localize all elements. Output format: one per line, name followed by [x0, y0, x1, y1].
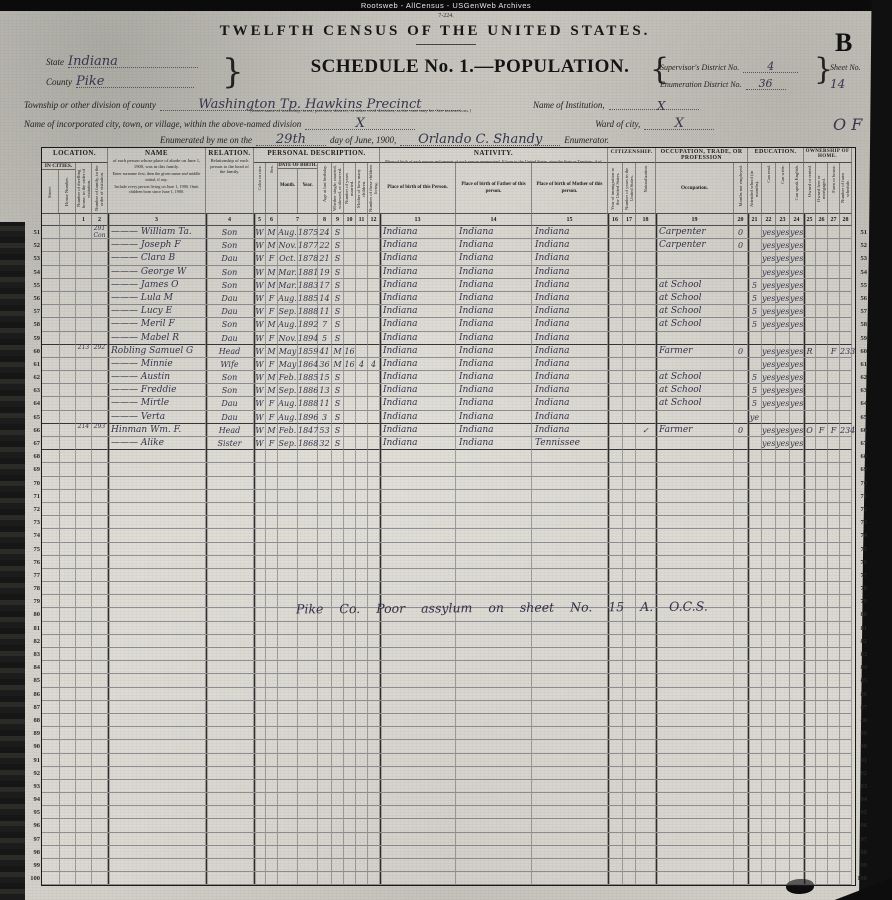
cell-marital — [332, 529, 344, 542]
cell-english — [790, 648, 804, 661]
cell-relation — [206, 477, 254, 490]
row-number: 96 — [853, 819, 867, 832]
cell-color — [254, 477, 266, 490]
cell-children_living — [368, 622, 380, 635]
column-number: 14 — [456, 214, 532, 226]
cell-years_married — [344, 252, 356, 265]
cell-farm_house — [828, 437, 840, 450]
cell-pob_father: Indiana — [456, 384, 532, 397]
cell-dwelling — [76, 371, 92, 384]
cell-farm_house — [828, 819, 840, 832]
cell-relation — [206, 450, 254, 463]
column-number: 5 — [254, 214, 266, 226]
cell-age — [318, 450, 332, 463]
cell-pob: Indiana — [380, 397, 456, 410]
cell-color: W — [254, 424, 266, 437]
row-number: 95 — [26, 806, 40, 819]
cell-mortgage — [816, 371, 828, 384]
row-number: 83 — [853, 648, 867, 661]
col-pob-father: Place of birth of Father of this person. — [456, 163, 532, 214]
cell-farm_house — [828, 648, 840, 661]
cell-sex — [266, 608, 278, 621]
cell-years_married — [344, 239, 356, 252]
cell-english: yes — [790, 437, 804, 450]
cell-house — [60, 767, 76, 780]
county-value: Pike — [76, 74, 104, 89]
cell-year — [298, 674, 318, 687]
cell-owned — [804, 543, 816, 556]
cell-owned — [804, 437, 816, 450]
cell-farm_house — [828, 332, 840, 345]
cell-house — [60, 674, 76, 687]
cell-farm_schedule — [840, 688, 852, 701]
cell-year — [298, 701, 318, 714]
cell-immigration — [608, 859, 623, 872]
cell-mother_children — [356, 450, 368, 463]
cell-pob_mother: Indiana — [532, 358, 608, 371]
cell-years_married — [344, 529, 356, 542]
cell-color — [254, 503, 266, 516]
row-number: 84 — [853, 661, 867, 674]
cell-color — [254, 529, 266, 542]
cell-house — [60, 859, 76, 872]
cell-farm_house — [828, 279, 840, 292]
row-number: 74 — [853, 529, 867, 542]
cell-street — [42, 543, 60, 556]
cell-immigration — [608, 477, 623, 490]
cell-relation — [206, 714, 254, 727]
cell-year: 1864 — [298, 358, 318, 371]
cell-write — [776, 754, 790, 767]
cell-sex: M — [266, 345, 278, 358]
cell-sex — [266, 833, 278, 846]
cell-marital — [332, 780, 344, 793]
cell-year — [298, 688, 318, 701]
cell-month — [278, 833, 298, 846]
cell-months_unemployed — [734, 411, 748, 424]
cell-months_unemployed — [734, 450, 748, 463]
cell-color — [254, 674, 266, 687]
cell-pob — [380, 767, 456, 780]
col-group-citizenship: CITIZENSHIP. — [608, 148, 656, 163]
cell-family: 291 Con — [92, 226, 108, 239]
cell-mother_children — [356, 793, 368, 806]
cell-naturalization — [636, 371, 656, 384]
cell-school: 5 — [748, 384, 762, 397]
cell-years_us — [623, 688, 636, 701]
cell-english — [790, 727, 804, 740]
cell-months_unemployed — [734, 648, 748, 661]
cell-month: Feb. — [278, 371, 298, 384]
cell-occupation — [656, 358, 734, 371]
cell-street — [42, 384, 60, 397]
cell-pob_mother: Indiana — [532, 239, 608, 252]
cell-years_us — [623, 714, 636, 727]
cell-color — [254, 688, 266, 701]
cell-owned — [804, 846, 816, 859]
cell-occupation — [656, 846, 734, 859]
cell-years_us — [623, 543, 636, 556]
col-immigration-year: Year of immigration to the United States… — [608, 163, 623, 214]
cell-immigration — [608, 437, 623, 450]
row-number: 82 — [853, 635, 867, 648]
column-number: 17 — [623, 214, 636, 226]
cell-children_living — [368, 226, 380, 239]
cell-street — [42, 463, 60, 476]
cell-month — [278, 661, 298, 674]
cell-sex: F — [266, 397, 278, 410]
cell-family — [92, 358, 108, 371]
cell-english: yes — [790, 266, 804, 279]
cell-school — [748, 648, 762, 661]
cell-name: ——— James O — [108, 279, 206, 292]
cell-month — [278, 859, 298, 872]
cell-write: yes — [776, 358, 790, 371]
cell-occupation — [656, 859, 734, 872]
cell-children_living — [368, 819, 380, 832]
cell-occupation — [656, 806, 734, 819]
cell-farm_schedule — [840, 582, 852, 595]
cell-years_married — [344, 292, 356, 305]
row-number: 52 — [26, 239, 40, 252]
cell-naturalization — [636, 622, 656, 635]
cell-sex — [266, 582, 278, 595]
cell-owned — [804, 358, 816, 371]
cell-relation — [206, 608, 254, 621]
cell-family — [92, 516, 108, 529]
cell-house — [60, 305, 76, 318]
cell-marital: M — [332, 345, 344, 358]
cell-family — [92, 332, 108, 345]
cell-marital — [332, 582, 344, 595]
cell-name: Robling Samuel G — [108, 345, 206, 358]
cell-write: yes — [776, 424, 790, 437]
cell-years_us — [623, 859, 636, 872]
cell-marital — [332, 635, 344, 648]
cell-family — [92, 450, 108, 463]
col-free-mortgaged: Owned free or mortgaged. — [816, 163, 828, 214]
cell-pob_father: Indiana — [456, 266, 532, 279]
row-number: 58 — [26, 318, 40, 331]
cell-years_us — [623, 727, 636, 740]
cell-dwelling — [76, 556, 92, 569]
cell-house — [60, 503, 76, 516]
cell-years_married — [344, 688, 356, 701]
cell-naturalization — [636, 635, 656, 648]
cell-color — [254, 767, 266, 780]
cell-year — [298, 635, 318, 648]
cell-immigration — [608, 305, 623, 318]
cell-dwelling — [76, 780, 92, 793]
cell-mother_children — [356, 397, 368, 410]
cell-marital: S — [332, 318, 344, 331]
cell-farm_schedule — [840, 437, 852, 450]
cell-occupation — [656, 556, 734, 569]
cell-family — [92, 819, 108, 832]
cell-english: yes — [790, 424, 804, 437]
cell-mortgage: F — [816, 424, 828, 437]
cell-farm_schedule — [840, 714, 852, 727]
schedule-title: SCHEDULE No. 1.—POPULATION. — [290, 56, 650, 78]
cell-months_unemployed — [734, 477, 748, 490]
cell-name — [108, 872, 206, 885]
cell-write: yes — [776, 239, 790, 252]
cell-occupation — [656, 569, 734, 582]
cell-month — [278, 701, 298, 714]
cell-years_us — [623, 833, 636, 846]
cell-months_unemployed — [734, 503, 748, 516]
cell-farm_schedule — [840, 318, 852, 331]
col-can-write: Can write. — [776, 163, 790, 214]
row-number: 77 — [853, 569, 867, 582]
cell-mortgage — [816, 674, 828, 687]
cell-school — [748, 503, 762, 516]
cell-mortgage — [816, 529, 828, 542]
column-number — [60, 214, 76, 226]
cell-years_married — [344, 740, 356, 753]
cell-owned — [804, 872, 816, 885]
cell-immigration — [608, 503, 623, 516]
cell-marital — [332, 714, 344, 727]
cell-children_living — [368, 529, 380, 542]
cell-relation — [206, 490, 254, 503]
cell-name — [108, 648, 206, 661]
cell-month — [278, 477, 298, 490]
cell-pob: Indiana — [380, 226, 456, 239]
col-speak-english: Can speak English. — [790, 163, 804, 214]
cell-color: W — [254, 332, 266, 345]
cell-farm_schedule — [840, 859, 852, 872]
cell-write — [776, 516, 790, 529]
cell-write: yes — [776, 345, 790, 358]
row-number: 98 — [26, 846, 40, 859]
cell-mortgage — [816, 318, 828, 331]
cell-school — [748, 490, 762, 503]
cell-english — [790, 608, 804, 621]
cell-house — [60, 463, 76, 476]
row-number: 56 — [26, 292, 40, 305]
cell-name: ——— Lucy E — [108, 305, 206, 318]
cell-naturalization — [636, 727, 656, 740]
cell-year — [298, 556, 318, 569]
column-number: 21 — [748, 214, 762, 226]
state-label: State — [46, 57, 64, 67]
cell-age — [318, 833, 332, 846]
cell-month — [278, 806, 298, 819]
cell-school — [748, 793, 762, 806]
cell-occupation — [656, 727, 734, 740]
cell-farm_house — [828, 767, 840, 780]
cell-relation — [206, 754, 254, 767]
cell-write — [776, 793, 790, 806]
cell-year: 1868 — [298, 437, 318, 450]
cell-pob_father: Indiana — [456, 292, 532, 305]
cell-house — [60, 384, 76, 397]
cell-marital — [332, 767, 344, 780]
cell-english — [790, 793, 804, 806]
cell-mother_children — [356, 503, 368, 516]
cell-month — [278, 740, 298, 753]
cell-english — [790, 661, 804, 674]
cell-pob_father: Indiana — [456, 345, 532, 358]
cell-relation — [206, 569, 254, 582]
cell-name: ——— Meril F — [108, 318, 206, 331]
cell-occupation — [656, 266, 734, 279]
cell-years_us — [623, 780, 636, 793]
cell-street — [42, 767, 60, 780]
cell-mortgage — [816, 226, 828, 239]
cell-farm_schedule: 234 — [840, 424, 852, 437]
cell-farm_schedule — [840, 846, 852, 859]
cell-sex — [266, 543, 278, 556]
ward-label: Ward of city, — [595, 119, 640, 129]
cell-children_living — [368, 846, 380, 859]
cell-color — [254, 622, 266, 635]
cell-naturalization — [636, 846, 656, 859]
cell-street — [42, 332, 60, 345]
cell-sex — [266, 450, 278, 463]
cell-year: 1885 — [298, 292, 318, 305]
cell-write: yes — [776, 437, 790, 450]
form-code: 7-224. — [0, 13, 892, 19]
cell-year: 1896 — [298, 411, 318, 424]
cell-children_living — [368, 582, 380, 595]
cell-house — [60, 397, 76, 410]
cell-children_living — [368, 239, 380, 252]
cell-english: yes — [790, 397, 804, 410]
cell-school — [748, 582, 762, 595]
cell-family — [92, 397, 108, 410]
row-number: 97 — [26, 833, 40, 846]
col-group-personal: PERSONAL DESCRIPTION. — [254, 148, 380, 163]
row-number: 86 — [26, 688, 40, 701]
cell-farm_house — [828, 516, 840, 529]
cell-family — [92, 305, 108, 318]
cell-write — [776, 595, 790, 608]
cell-relation: Dau — [206, 252, 254, 265]
cell-dwelling: 213 — [76, 345, 92, 358]
cell-year — [298, 648, 318, 661]
cell-house — [60, 727, 76, 740]
cell-years_married — [344, 754, 356, 767]
column-number: 19 — [656, 214, 734, 226]
row-number: 78 — [26, 582, 40, 595]
cell-english — [790, 754, 804, 767]
cell-occupation — [656, 450, 734, 463]
cell-occupation — [656, 490, 734, 503]
column-number: 23 — [776, 214, 790, 226]
cell-pob_mother — [532, 780, 608, 793]
cell-pob — [380, 806, 456, 819]
cell-relation — [206, 463, 254, 476]
cell-pob_mother — [532, 635, 608, 648]
cell-farm_schedule — [840, 239, 852, 252]
row-number: 100 — [853, 872, 867, 885]
cell-naturalization — [636, 556, 656, 569]
cell-marital — [332, 516, 344, 529]
cell-house — [60, 846, 76, 859]
cell-name: Hinman Wm. F. — [108, 424, 206, 437]
cell-write — [776, 833, 790, 846]
cell-occupation — [656, 767, 734, 780]
column-number: 27 — [828, 214, 840, 226]
cell-months_unemployed: 0 — [734, 239, 748, 252]
cell-children_living — [368, 477, 380, 490]
cell-school: 5 — [748, 371, 762, 384]
cell-sex — [266, 569, 278, 582]
cell-name — [108, 674, 206, 687]
enumerated-line: Enumerated by me on the 29th day of June… — [160, 130, 860, 148]
cell-pob_mother — [532, 819, 608, 832]
cell-months_unemployed — [734, 688, 748, 701]
cell-years_us — [623, 648, 636, 661]
cell-mortgage — [816, 608, 828, 621]
cell-years_us — [623, 793, 636, 806]
cell-family: 293 — [92, 424, 108, 437]
cell-family — [92, 411, 108, 424]
cell-english — [790, 674, 804, 687]
cell-house — [60, 569, 76, 582]
cell-owned — [804, 859, 816, 872]
cell-pob — [380, 463, 456, 476]
cell-name — [108, 503, 206, 516]
cell-family — [92, 714, 108, 727]
cell-relation: Head — [206, 424, 254, 437]
cell-mother_children — [356, 859, 368, 872]
cell-age — [318, 688, 332, 701]
cell-years_married — [344, 266, 356, 279]
cell-marital — [332, 490, 344, 503]
cell-pob: Indiana — [380, 332, 456, 345]
cell-age — [318, 477, 332, 490]
cell-write — [776, 688, 790, 701]
cell-years_married — [344, 833, 356, 846]
cell-marital — [332, 819, 344, 832]
cell-pob: Indiana — [380, 358, 456, 371]
cell-pob_father — [456, 846, 532, 859]
cell-pob_father — [456, 793, 532, 806]
cell-immigration — [608, 450, 623, 463]
cell-age — [318, 701, 332, 714]
supervisor-line: Supervisor's District No. 4 — [660, 57, 798, 75]
row-number: 89 — [26, 727, 40, 740]
cell-dwelling — [76, 661, 92, 674]
col-group-education: EDUCATION. — [748, 148, 804, 163]
cell-owned — [804, 740, 816, 753]
cell-pob_mother: Indiana — [532, 411, 608, 424]
cell-immigration — [608, 767, 623, 780]
cell-color — [254, 543, 266, 556]
cell-immigration — [608, 543, 623, 556]
township-note: [Insert name of township, town, precinct… — [250, 108, 471, 113]
cell-mortgage — [816, 595, 828, 608]
cell-year: 1878 — [298, 252, 318, 265]
cell-name — [108, 622, 206, 635]
state-value: Indiana — [68, 54, 118, 69]
cell-months_unemployed — [734, 872, 748, 885]
cell-relation: Son — [206, 279, 254, 292]
cell-immigration — [608, 661, 623, 674]
cell-years_us — [623, 279, 636, 292]
cell-occupation: at School — [656, 384, 734, 397]
cell-pob_father — [456, 859, 532, 872]
cell-name — [108, 793, 206, 806]
cell-months_unemployed — [734, 608, 748, 621]
cell-read: yes — [762, 226, 776, 239]
cell-color — [254, 635, 266, 648]
cell-english: yes — [790, 252, 804, 265]
cell-relation: Head — [206, 345, 254, 358]
